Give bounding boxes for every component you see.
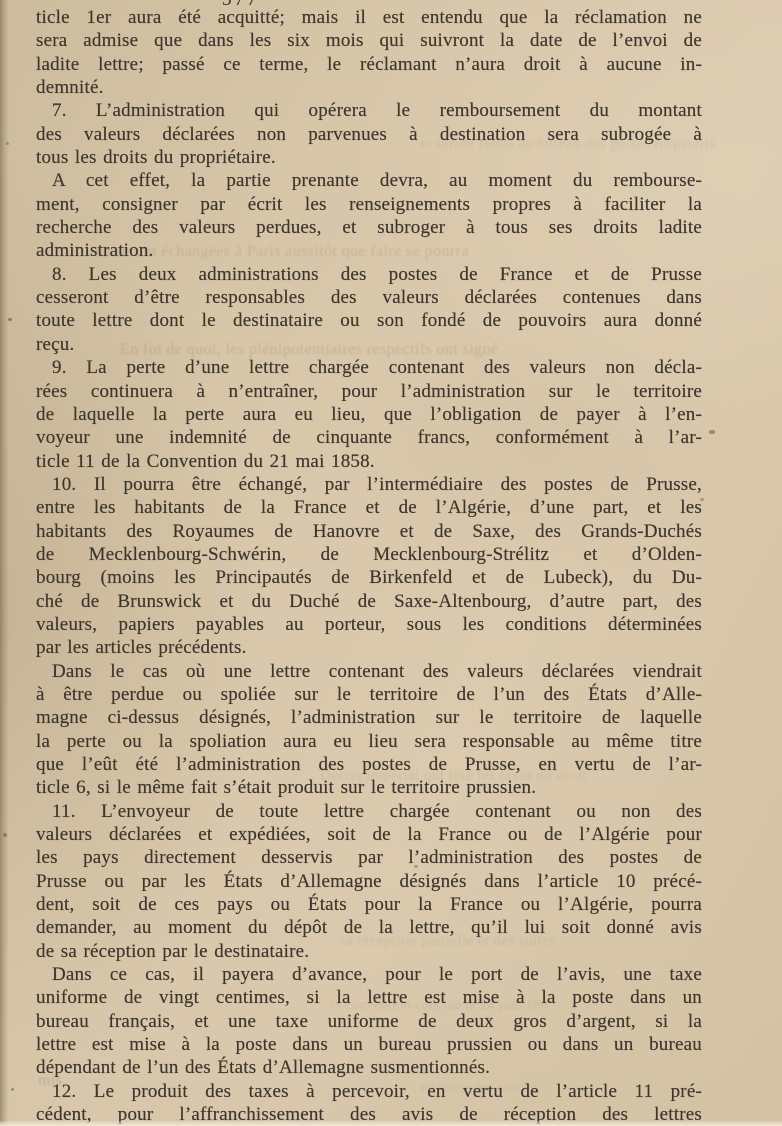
text-line: reçu. xyxy=(36,333,702,356)
text-line: 12. Le produit des taxes à percevoir, en… xyxy=(36,1080,702,1103)
text-line: Dans ce cas, il payera d’avance, pour le… xyxy=(36,963,702,986)
bottom-scan-edge xyxy=(0,1121,782,1126)
text-line: 8. Les deux administrations des postes d… xyxy=(36,263,702,286)
text-line: 11. L’envoyeur de toute lettre chargée c… xyxy=(36,800,702,823)
text-line: des valeurs déclarées non parvenues à de… xyxy=(36,123,702,146)
text-line: ladite lettre; passé ce terme, le réclam… xyxy=(36,53,702,76)
text-line: recherche des valeurs perdues, et subrog… xyxy=(36,216,702,239)
text-line: 9. La perte d’une lettre chargée contena… xyxy=(36,356,702,379)
text-line: ticle 6, si le même fait s’était produit… xyxy=(36,776,702,799)
text-line: lettre est mise à la poste dans un burea… xyxy=(36,1033,702,1056)
text-line: Dans le cas où une lettre contenant des … xyxy=(36,660,702,683)
text-line: 7. L’administration qui opérera le rembo… xyxy=(36,99,702,122)
text-line: A cet effet, la partie prenante devra, a… xyxy=(36,169,702,192)
text-line: Prusse ou par les États d’Allemagne dési… xyxy=(36,870,702,893)
text-line: habitants des Royaumes de Hanovre et de … xyxy=(36,520,702,543)
text-line: de Mecklenbourg-Schwérin, de Mecklenbour… xyxy=(36,543,702,566)
text-line: 10. Il pourra être échangé, par l’interm… xyxy=(36,473,702,496)
ink-speck xyxy=(11,1088,14,1091)
text-line: cesseront d’être responsables des valeur… xyxy=(36,286,702,309)
text-line: uniforme de vingt centimes, si la lettre… xyxy=(36,986,702,1009)
text-line: valeurs, papiers payables au porteur, so… xyxy=(36,613,702,636)
text-line: la perte ou la spoliation aura eu lieu s… xyxy=(36,730,702,753)
text-line: sera admise que dans les six mois qui su… xyxy=(36,29,702,52)
text-line: ticle 11 de la Convention du 21 mai 1858… xyxy=(36,450,702,473)
text-line: ment, consigner par écrit les renseignem… xyxy=(36,193,702,216)
text-line: bureau français, et une taxe uniforme de… xyxy=(36,1010,702,1033)
text-line: rées continuera à n’entraîner, pour l’ad… xyxy=(36,380,702,403)
text-line: par les articles précédents. xyxy=(36,636,702,659)
text-line: valeurs déclarées et expédiées, soit de … xyxy=(36,823,702,846)
text-line: toute lettre dont le destinataire ou son… xyxy=(36,309,702,332)
paper-stain xyxy=(700,498,704,501)
text-line: les pays directement desservis par l’adm… xyxy=(36,846,702,869)
text-line: bourg (moins les Principautés de Birkenf… xyxy=(36,566,702,589)
paper-stain xyxy=(709,430,715,434)
text-line: magne ci-dessus désignés, l’administrati… xyxy=(36,706,702,729)
text-line: demnité. xyxy=(36,76,702,99)
text-line: dépendant de l’un des États d’Allemagne … xyxy=(36,1056,702,1079)
text-line: entre les habitants de la France et de l… xyxy=(36,496,702,519)
text-line: de laquelle la perte aura eu lieu, que l… xyxy=(36,403,702,426)
text-line: administration. xyxy=(36,239,702,262)
text-line: demander, au moment du dépôt de la lettr… xyxy=(36,916,702,939)
text-line: à être perdue ou spoliée sur le territoi… xyxy=(36,683,702,706)
text-line: de sa réception par le destinataire. xyxy=(36,940,702,963)
scanned-page: et seront remis au bureau des postes res… xyxy=(0,0,782,1126)
text-line: tous les droits du propriétaire. xyxy=(36,146,702,169)
text-line: dent, soit de ces pays ou États pour la … xyxy=(36,893,702,916)
left-scan-edge xyxy=(0,0,9,1126)
page-text: ticle 1er aura été acquitté; mais il est… xyxy=(36,6,702,1126)
text-line: ché de Brunswick et du Duché de Saxe-Alt… xyxy=(36,590,702,613)
text-line: ticle 1er aura été acquitté; mais il est… xyxy=(36,6,702,29)
paper-stain xyxy=(414,865,418,868)
text-line: que l’eût été l’administration des poste… xyxy=(36,753,702,776)
text-line: voyeur une indemnité de cinquante francs… xyxy=(36,426,702,449)
